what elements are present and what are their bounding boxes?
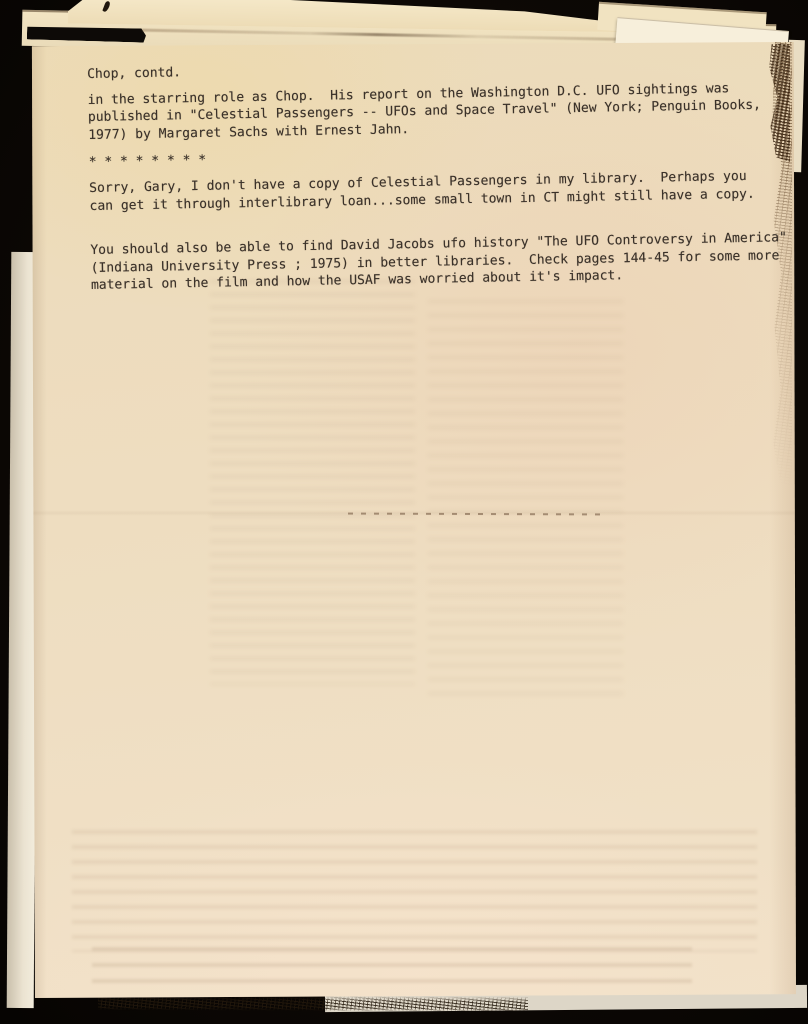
- bottom-edge-speckle-fringe: [98, 995, 528, 1012]
- bleed-through-column-left: [210, 280, 415, 685]
- typewritten-text-block: Chop, contd. in the starring role as Cho…: [87, 53, 808, 295]
- paper-page: Chop, contd. in the starring role as Cho…: [30, 42, 796, 998]
- paragraph-sorry-gary: Sorry, Gary, I don't have a copy of Cele…: [89, 167, 808, 215]
- ink-mark: [102, 1, 111, 13]
- paragraph-jacobs-book: You should also be able to find David Ja…: [90, 229, 808, 295]
- bleed-through-lines-bottom: [92, 947, 692, 989]
- photo-of-typewritten-letter: Chop, contd. in the starring role as Cho…: [0, 0, 808, 1024]
- bleed-through-block-bottom: [72, 830, 757, 952]
- paragraph-report-published: in the starring role as Chop. His report…: [87, 78, 806, 144]
- asterisk-separator: * * * * * * * *: [89, 141, 807, 172]
- page-heading: Chop, contd.: [87, 53, 805, 84]
- bleed-through-column-right: [428, 300, 623, 700]
